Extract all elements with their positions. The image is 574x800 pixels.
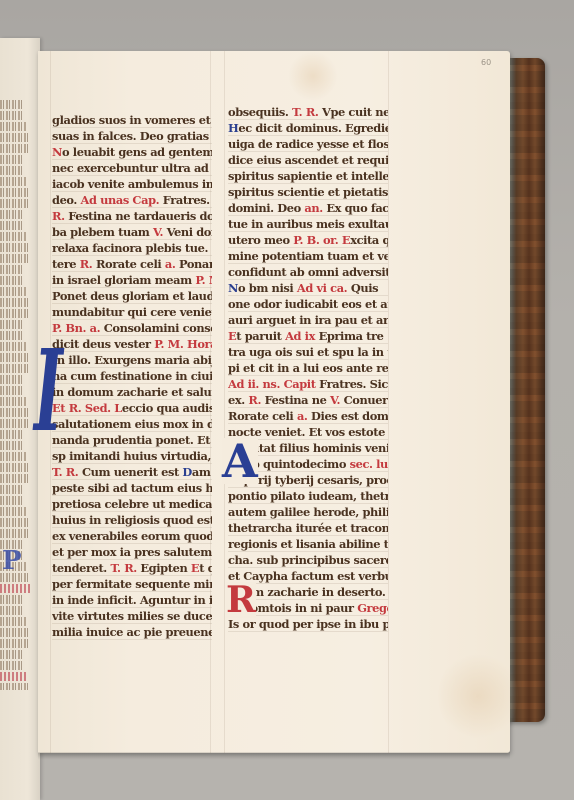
script-text: domini. Deo xyxy=(228,201,304,215)
blue-initial: H xyxy=(228,121,238,135)
previous-leaf-line xyxy=(0,452,26,461)
rubric-text: R. xyxy=(80,257,93,271)
previous-leaf-line xyxy=(0,364,30,373)
script-text: tenderet. xyxy=(52,561,110,575)
script-text: in israel gloriam meam xyxy=(52,273,195,287)
script-text: Festina ne tardaueris domine et libera xyxy=(65,209,212,223)
script-text: Festina ne xyxy=(261,393,330,407)
manuscript-line: dicit deus vester P. M. Hora vi. sec. lu… xyxy=(52,336,212,352)
rubric-text: an. xyxy=(304,201,322,215)
previous-leaf-line xyxy=(0,397,26,406)
rubric-text: T. R. xyxy=(52,465,78,479)
script-text: Ex quo facta est vox salutationis xyxy=(323,201,388,215)
parchment-stain xyxy=(288,51,338,101)
leather-binding-edge xyxy=(505,58,545,722)
manuscript-line: No leuabit gens ad gentem gladium xyxy=(52,144,212,160)
previous-leaf-text xyxy=(0,100,30,690)
script-text: Ponam in syon salutem xyxy=(175,257,212,271)
script-text: vite virtutes milies se ducete hu xyxy=(52,609,212,623)
previous-leaf-line xyxy=(0,144,30,153)
script-text: in domum zacharie et salutauit elizabeth xyxy=(52,385,212,399)
manuscript-line: Et paruit Ad ix Eprima tre xyxy=(228,328,388,344)
script-text: Conuerto xyxy=(340,393,388,407)
manuscript-line: one odor iudicabit eos et audit xyxy=(228,296,388,312)
previous-leaf-line xyxy=(0,342,26,351)
script-text: dicit deus vester xyxy=(52,337,154,351)
previous-leaf-line xyxy=(0,683,28,690)
script-text: autem galilee herode, philippo autem fra… xyxy=(228,505,388,519)
manuscript-line: autem galilee herode, philippo autem fra… xyxy=(228,504,388,520)
script-text: Consolamini consolamini popule meus xyxy=(100,321,212,335)
script-text: ex venerabiles eorum quod sanacte xyxy=(52,529,212,543)
script-text: et per mox ia pres salutem typa per xyxy=(52,545,212,559)
rubric-text: Ad ix xyxy=(285,329,315,343)
previous-leaf-line xyxy=(0,232,26,241)
script-text: deo. xyxy=(52,193,81,207)
blue-initial: D xyxy=(182,465,191,479)
script-text: t quo xyxy=(199,561,212,575)
previous-leaf-line xyxy=(0,606,24,615)
script-text: Rorate celi xyxy=(92,257,165,271)
script-text: uiga de radice yesse et flos de ra xyxy=(228,137,388,151)
manuscript-line: per fermitate sequente ministris mox xyxy=(52,576,212,592)
manuscript-line: T. R. Cum uenerit est Dam quo xyxy=(52,464,212,480)
script-text: tere xyxy=(52,257,80,271)
manuscript-line: ex. R. Festina ne V. Conuerto R. xyxy=(228,392,388,408)
script-text: Rorate celi xyxy=(228,409,297,423)
previous-leaf-line xyxy=(0,463,28,472)
rubric-text: T. R. xyxy=(292,105,318,119)
script-text: Vpe cuit necar xyxy=(318,105,388,119)
leather-texture xyxy=(505,58,545,722)
manuscript-line: huius in religiosis quod est xyxy=(52,512,212,528)
script-text: salutationem eius mox in domo nostra sp … xyxy=(52,417,212,431)
rubric-text: P. M. Hora vi. sec. lucam. i. xyxy=(154,337,212,351)
script-text: pi et cit in a lui eos ante re do xyxy=(228,361,388,375)
manuscript-line: cha. sub principibus sacerdotum anna xyxy=(228,552,388,568)
decorated-initial-r: R xyxy=(226,582,256,618)
manuscript-line: Hec dicit dominus. Egredietur Capit xyxy=(228,120,388,136)
rubric-text: E xyxy=(191,561,199,575)
manuscript-line: Ponet deus gloriam et laudem eius in ins… xyxy=(52,288,212,304)
script-text: cha. sub principibus sacerdotum anna xyxy=(228,553,388,567)
previous-leaf-line xyxy=(0,474,30,483)
manuscript-line: na cum festinatione in ciuitatem iuda. E… xyxy=(52,368,212,384)
script-text: confidunt ab omni adversitate liberentur… xyxy=(228,265,388,279)
manuscript-line: tere R. Rorate celi a. Ponam in syon sal… xyxy=(52,256,212,272)
manuscript-line: vite virtutes milies se ducete hu xyxy=(52,608,212,624)
manuscript-line: thetrarcha iturée et traconitidis xyxy=(228,520,388,536)
decorated-initial-a: A xyxy=(222,438,258,484)
script-text: ex. xyxy=(228,393,248,407)
manuscript-line: pontio pilato iudeam, thetrarcha xyxy=(228,488,388,504)
rubric-text: a. xyxy=(297,409,308,423)
previous-leaf-line xyxy=(0,518,28,527)
script-text: Cum uenerit est xyxy=(78,465,182,479)
rubric-text: R. xyxy=(248,393,261,407)
script-text: huius in religiosis quod est xyxy=(52,513,212,527)
previous-leaf-line xyxy=(0,628,28,637)
manuscript-line: confidunt ab omni adversitate liberentur… xyxy=(228,264,388,280)
rubric-text: P. M. Hora v. a. xyxy=(195,273,212,287)
parchment-stain xyxy=(438,651,518,741)
script-text: Dies est domini sic fur intra xyxy=(307,409,388,423)
previous-leaf-line xyxy=(0,386,24,395)
manuscript-line: No bm nisi Ad vi ca. Quis xyxy=(228,280,388,296)
script-text: milia inuice ac pie preuenet xyxy=(52,625,212,639)
previous-leaf-line xyxy=(0,375,22,384)
decorated-initial-i: I xyxy=(34,336,63,448)
manuscript-line: et per mox ia pres salutem typa per xyxy=(52,544,212,560)
rubric-text: Ad ii. ns. Capit xyxy=(228,377,316,391)
rubric-text: E xyxy=(342,233,350,247)
script-text: iacob venite ambulemus in lumine domini xyxy=(52,177,212,191)
script-text: Eprima tre xyxy=(315,329,383,343)
manuscript-line: milia inuice ac pie preuenet xyxy=(52,624,212,640)
manuscript-line: ba plebem tuam V. Veni domine et noli ta… xyxy=(52,224,212,240)
text-column-right: obsequiis. T. R. Vpe cuit necarHec dicit… xyxy=(228,104,388,632)
blue-initial: N xyxy=(228,281,238,295)
previous-leaf-line xyxy=(0,353,28,362)
script-text: obsequiis. xyxy=(228,105,292,119)
previous-leaf-line xyxy=(0,276,24,285)
script-text: nec exercebuntur ultra ad prelium domus xyxy=(52,161,212,175)
previous-leaf-line xyxy=(0,155,22,164)
rubric-text: R. xyxy=(52,209,65,223)
previous-leaf-line xyxy=(0,584,30,593)
previous-leaf-line xyxy=(0,595,22,604)
previous-leaf-line xyxy=(0,100,22,109)
manuscript-line: pretiosa celebre ut medicamentum xyxy=(52,496,212,512)
previous-leaf-line xyxy=(0,133,28,142)
manuscript-line: ex venerabiles eorum quod sanacte xyxy=(52,528,212,544)
script-text: mine potentiam tuam et veni ut hij qui i… xyxy=(228,249,388,263)
script-text: suas in falces. Deo gratias xyxy=(52,129,212,143)
script-text: peste sibi ad tactum eius hiua xyxy=(52,481,212,495)
manuscript-line: auri arguet in ira pau et ari xyxy=(228,312,388,328)
script-text: utero meo xyxy=(228,233,293,247)
script-text: spiritus sapientie et intellectus spirit… xyxy=(228,169,388,183)
script-text: pretiosa celebre ut medicamentum xyxy=(52,497,212,511)
manuscript-line: sp imitandi huius virtudia, immitat xyxy=(52,448,212,464)
previous-leaf-line xyxy=(0,496,24,505)
previous-leaf-line xyxy=(0,188,28,197)
manuscript-line: In illo. Exurgens maria abijt in monta xyxy=(52,352,212,368)
rubric-text: L xyxy=(114,401,122,415)
script-text: dice eius ascendet et requiescit super e… xyxy=(228,153,388,167)
script-text: am quo xyxy=(192,465,212,479)
manuscript-line: tra uga ois sui et spu la in tri xyxy=(228,344,388,360)
manuscript-line: Et R. Sed. Leccio qua audisset xyxy=(52,400,212,416)
previous-leaf-line xyxy=(0,650,22,659)
manuscript-line: Ad ii. ns. Capit Fratres. Sic nos xyxy=(228,376,388,392)
previous-leaf-line xyxy=(0,254,30,263)
script-text: Veni domine et noli tardare xyxy=(163,225,212,239)
manuscript-line: peste sibi ad tactum eius hiua xyxy=(52,480,212,496)
previous-leaf-line xyxy=(0,309,30,318)
script-text: regionis et lisania abiline thetrar xyxy=(228,537,388,551)
previous-leaf-line xyxy=(0,672,26,681)
manuscript-line: in domum zacharie et salutauit elizabeth xyxy=(52,384,212,400)
script-text: Egipten xyxy=(137,561,191,575)
manuscript-line: P. Bn. a. Consolamini consolamini popule… xyxy=(52,320,212,336)
script-text: eccio qua audisset xyxy=(122,401,212,415)
previous-leaf-line xyxy=(0,298,28,307)
previous-leaf-line xyxy=(0,221,24,230)
manuscript-line: Rorate celi a. Dies est domini sic fur i… xyxy=(228,408,388,424)
manuscript-line: in israel gloriam meam P. M. Hora v. a. xyxy=(52,272,212,288)
manuscript-line: utero meo P. B. or. Excita quesumus do xyxy=(228,232,388,248)
previous-leaf-line xyxy=(0,210,22,219)
rubric-text: V. xyxy=(330,393,340,407)
script-text: thetrarcha iturée et traconitidis xyxy=(228,521,388,535)
script-text: relaxa facinora plebis tue. Et xyxy=(52,241,212,255)
text-column-left: gladios suos in vomeres et lanceassuas i… xyxy=(52,112,212,640)
manuscript-line: salutationem eius mox in domo nostra sp … xyxy=(52,416,212,432)
script-text: na cum festinatione in ciuitatem iuda. E… xyxy=(52,369,212,383)
manuscript-line: nec exercebuntur ultra ad prelium domus xyxy=(52,160,212,176)
manuscript-line: nanda prudentia ponet. Et sancta xyxy=(52,432,212,448)
previous-leaf-line xyxy=(0,507,26,516)
script-text: Fratres. Sic nos xyxy=(159,193,212,207)
script-text: ec dicit dominus. Egredietur xyxy=(238,121,388,135)
script-text: per fermitate sequente ministris mox xyxy=(52,577,212,591)
script-text: spiritus scientie et pietatis et replebi… xyxy=(228,185,388,199)
manuscript-line: uiga de radice yesse et flos de ra xyxy=(228,136,388,152)
rubric-text: T. R. xyxy=(110,561,136,575)
page-shadow xyxy=(38,752,510,760)
previous-leaf-line xyxy=(0,441,24,450)
previous-leaf-line xyxy=(0,166,24,175)
rubric-text: Gregor xyxy=(357,601,388,615)
previous-leaf-line xyxy=(0,331,24,340)
folio-number: 60 xyxy=(481,58,491,67)
rubric-text: Ad unas Cap. xyxy=(81,193,160,207)
rubric-text: a. xyxy=(165,257,176,271)
previous-leaf-line xyxy=(0,199,30,208)
previous-leaf-line xyxy=(0,485,22,494)
script-text: Fratres. Sic nos xyxy=(316,377,388,391)
manuscript-line: regionis et lisania abiline thetrar xyxy=(228,536,388,552)
script-text: sp imitandi huius virtudia, immitat xyxy=(52,449,212,463)
script-text: o leuabit gens ad gentem gladium xyxy=(62,145,212,159)
rubric-text: V. xyxy=(153,225,163,239)
manuscript-line: iacob venite ambulemus in lumine domini xyxy=(52,176,212,192)
script-text: xcita quesumus do xyxy=(350,233,388,247)
rubric-text: P. B. or. xyxy=(293,233,338,247)
script-text: t paruit xyxy=(236,329,285,343)
manuscript-line: relaxa facinora plebis tue. Et V. Conuer xyxy=(52,240,212,256)
manuscript-line: spiritus scientie et pietatis et replebi… xyxy=(228,184,388,200)
script-text: pontio pilato iudeam, thetrarcha xyxy=(228,489,388,503)
previous-leaf-line xyxy=(0,111,24,120)
manuscript-line: domini. Deo an. Ex quo facta est vox sal… xyxy=(228,200,388,216)
previous-leaf-line xyxy=(0,617,26,626)
script-text: in inde inficit. Aguntur in ibia xyxy=(52,593,212,607)
manuscript-line: pi et cit in a lui eos ante re do xyxy=(228,360,388,376)
script-text: Ponet deus gloriam et laudem eius in ins… xyxy=(52,289,212,303)
previous-leaf-line xyxy=(0,419,30,428)
script-text: tra uga ois sui et spu la in tri xyxy=(228,345,388,359)
manuscript-line: mine potentiam tuam et veni ut hij qui i… xyxy=(228,248,388,264)
script-text: ba plebem tuam xyxy=(52,225,153,239)
previous-leaf-line xyxy=(0,243,28,252)
script-text: gladios suos in vomeres et lanceas xyxy=(52,113,212,127)
script-text: In illo. Exurgens maria abijt in monta xyxy=(52,353,212,367)
script-text: one odor iudicabit eos et audit xyxy=(228,297,388,311)
manuscript-line: mundabitur qui cere veniet et non tardab… xyxy=(52,304,212,320)
previous-leaf-line xyxy=(0,122,26,131)
rubric-text: sec. lucam. xyxy=(350,457,388,471)
rubric-text: N xyxy=(52,145,62,159)
previous-leaf-line xyxy=(0,639,30,648)
script-text: mundabitur qui cere veniet et non tardab… xyxy=(52,305,212,319)
manuscript-line: dice eius ascendet et requiescit super e… xyxy=(228,152,388,168)
previous-leaf-line xyxy=(0,661,24,670)
script-text: Quis xyxy=(347,281,378,295)
manuscript-line: suas in falces. Deo gratias R. xyxy=(52,128,212,144)
manuscript-line: tue in auribus meis exultauit in gaudio … xyxy=(228,216,388,232)
previous-leaf-line xyxy=(0,265,22,274)
previous-leaf-line xyxy=(0,177,26,186)
script-text: tue in auribus meis exultauit in gaudio … xyxy=(228,217,388,231)
ruling-line xyxy=(388,51,389,753)
rubric-text: Ad vi ca. xyxy=(297,281,347,295)
manuscript-line: tenderet. T. R. Egipten Et quo xyxy=(52,560,212,576)
manuscript-line: gladios suos in vomeres et lanceas xyxy=(52,112,212,128)
prev-leaf-blue-initial: P xyxy=(2,546,22,576)
manuscript-line: spiritus sapientie et intellectus spirit… xyxy=(228,168,388,184)
previous-leaf-line xyxy=(0,320,22,329)
manuscript-line: in inde inficit. Aguntur in ibia xyxy=(52,592,212,608)
previous-leaf-line xyxy=(0,408,28,417)
script-text: nanda prudentia ponet. Et sancta xyxy=(52,433,212,447)
ruling-line xyxy=(224,51,225,753)
manuscript-line: obsequiis. T. R. Vpe cuit necar xyxy=(228,104,388,120)
script-text: o bm nisi xyxy=(238,281,297,295)
previous-leaf-line xyxy=(0,529,30,538)
manuscript-line: deo. Ad unas Cap. Fratres. Sic nos xyxy=(52,192,212,208)
manuscript-line: R. Festina ne tardaueris domine et liber… xyxy=(52,208,212,224)
previous-leaf-line xyxy=(0,287,26,296)
previous-leaf-line xyxy=(0,430,22,439)
script-text: auri arguet in ira pau et ari xyxy=(228,313,388,327)
